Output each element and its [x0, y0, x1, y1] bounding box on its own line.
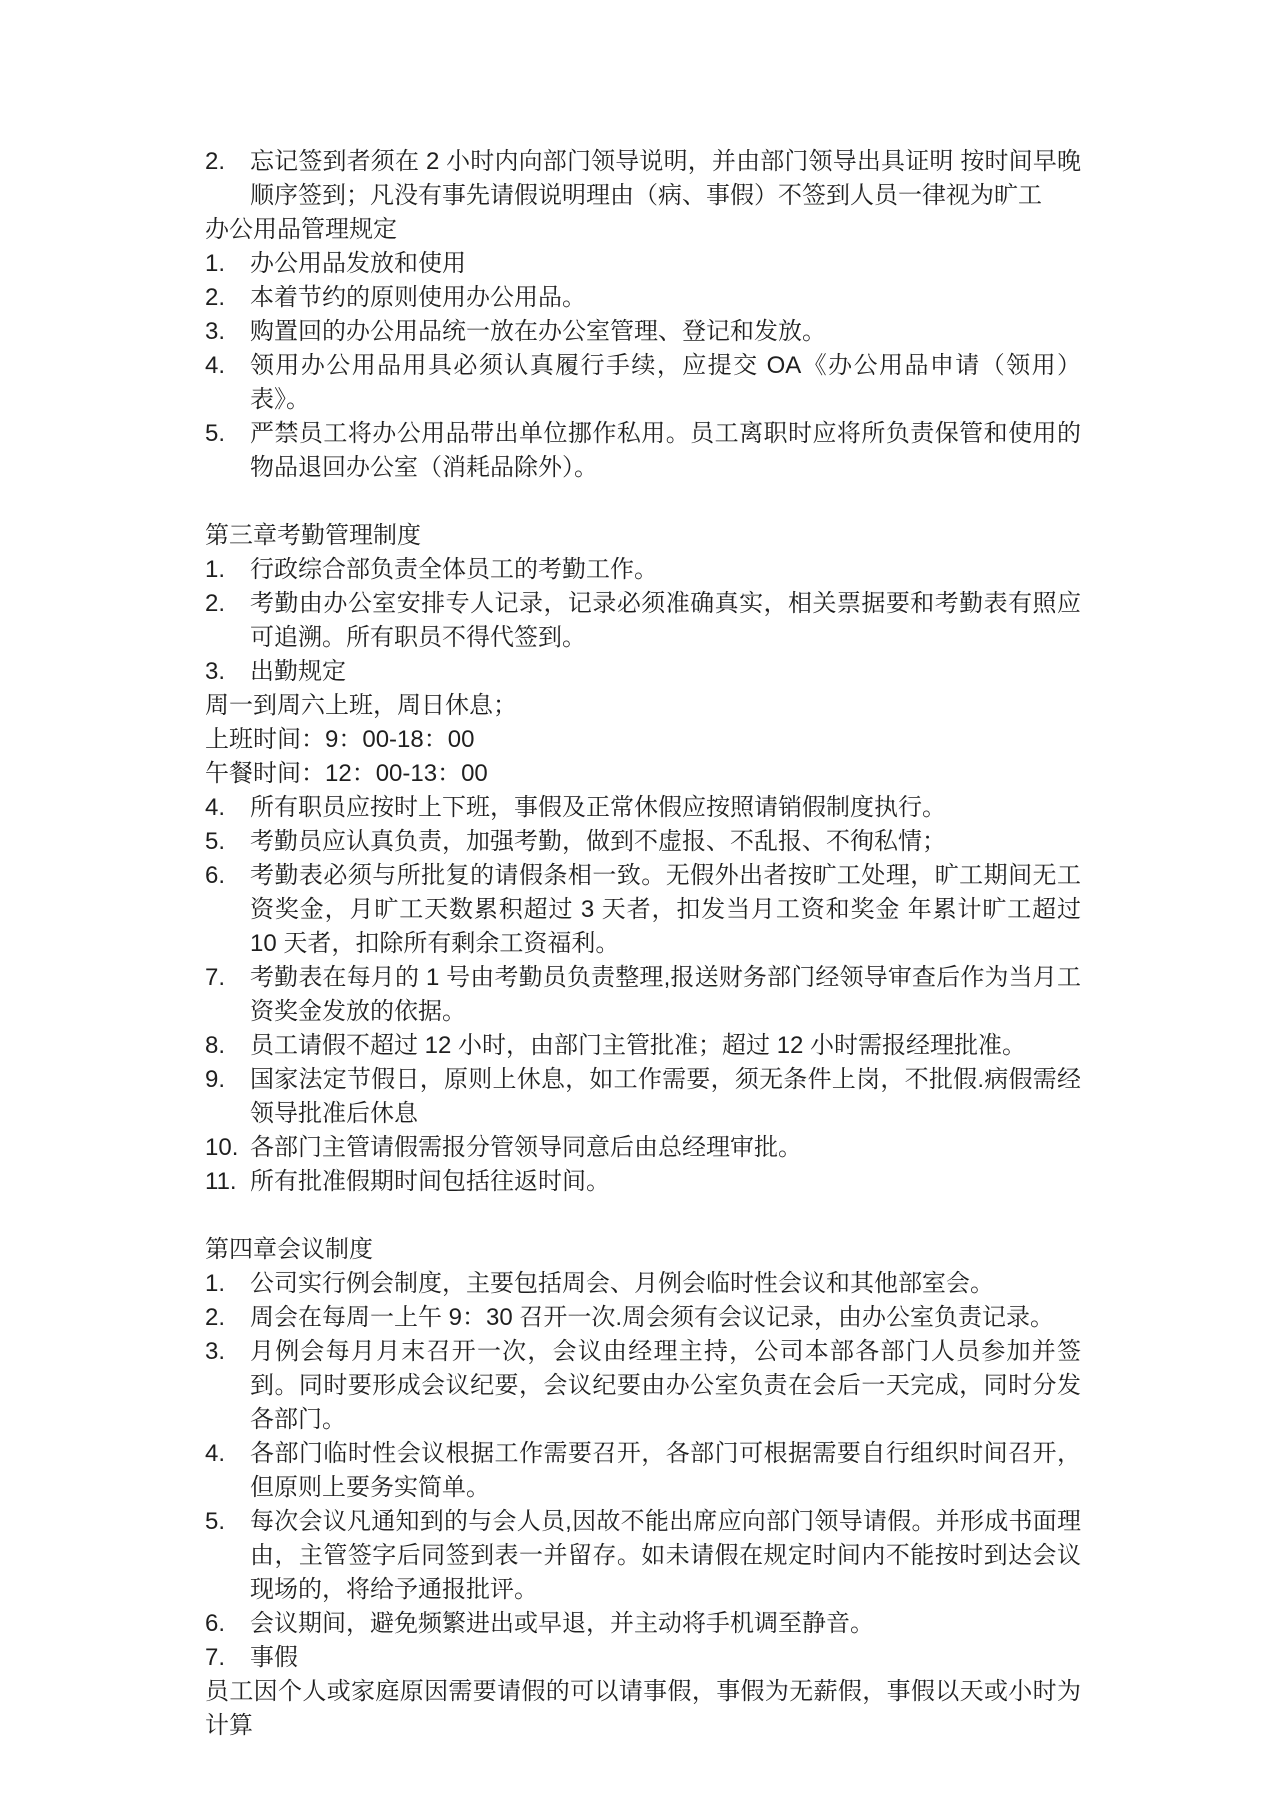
- list-item-text: 事假: [250, 1641, 1081, 1675]
- section-heading: 第四章会议制度: [205, 1233, 1081, 1267]
- list-item: 5.考勤员应认真负责，加强考勤，做到不虚报、不乱报、不徇私情；: [205, 825, 1081, 859]
- list-item: 4.各部门临时性会议根据工作需要召开，各部门可根据需要自行组织时间召开，但原则上…: [205, 1437, 1081, 1505]
- section-gap: [205, 485, 1081, 519]
- list-item: 9.国家法定节假日，原则上休息，如工作需要，须无条件上岗，不批假.病假需经领导批…: [205, 1063, 1081, 1131]
- list-item: 3.月例会每月月末召开一次，会议由经理主持，公司本部各部门人员参加并签到。同时要…: [205, 1335, 1081, 1437]
- list-item: 1.公司实行例会制度，主要包括周会、月例会临时性会议和其他部室会。: [205, 1267, 1081, 1301]
- section-heading: 第三章考勤管理制度: [205, 519, 1081, 553]
- list-item-text: 公司实行例会制度，主要包括周会、月例会临时性会议和其他部室会。: [250, 1267, 1081, 1301]
- list-item-number: 7.: [205, 1641, 250, 1675]
- list-item-number: 4.: [205, 791, 250, 825]
- list-item-number: 4.: [205, 1437, 250, 1471]
- list-item: 2.周会在每周一上午 9：30 召开一次.周会须有会议记录，由办公室负责记录。: [205, 1301, 1081, 1335]
- list-item: 2.考勤由办公室安排专人记录，记录必须准确真实，相关票据要和考勤表有照应可追溯。…: [205, 587, 1081, 655]
- list-item: 3.购置回的办公用品统一放在办公室管理、登记和发放。: [205, 315, 1081, 349]
- list-item-number: 5.: [205, 1505, 250, 1539]
- list-item-text: 购置回的办公用品统一放在办公室管理、登记和发放。: [250, 315, 1081, 349]
- list-item-number: 2.: [205, 281, 250, 315]
- list-item-text: 员工请假不超过 12 小时，由部门主管批准；超过 12 小时需报经理批准。: [250, 1029, 1081, 1063]
- list-item: 5.严禁员工将办公用品带出单位挪作私用。员工离职时应将所负责保管和使用的物品退回…: [205, 417, 1081, 485]
- paragraph: 员工因个人或家庭原因需要请假的可以请事假，事假为无薪假，事假以天或小时为计算: [205, 1675, 1081, 1743]
- list-item-text: 国家法定节假日，原则上休息，如工作需要，须无条件上岗，不批假.病假需经领导批准后…: [250, 1063, 1081, 1131]
- list-item-text: 办公用品发放和使用: [250, 247, 1081, 281]
- list-item: 3.出勤规定: [205, 655, 1081, 689]
- list-item-text: 忘记签到者须在 2 小时内向部门领导说明，并由部门领导出具证明 按时间早晚顺序签…: [250, 145, 1081, 213]
- list-item-number: 2.: [205, 587, 250, 621]
- list-item-text: 所有批准假期时间包括往返时间。: [250, 1165, 1081, 1199]
- list-item-number: 1.: [205, 1267, 250, 1301]
- list-item: 8.员工请假不超过 12 小时，由部门主管批准；超过 12 小时需报经理批准。: [205, 1029, 1081, 1063]
- list-item-number: 3.: [205, 315, 250, 349]
- list-item: 7.事假: [205, 1641, 1081, 1675]
- list-item: 1.行政综合部负责全体员工的考勤工作。: [205, 553, 1081, 587]
- list-item-text: 领用办公用品用具必须认真履行手续，应提交 OA《办公用品申请（领用）表》。: [250, 349, 1081, 417]
- list-item-number: 3.: [205, 1335, 250, 1369]
- list-item-text: 月例会每月月末召开一次，会议由经理主持，公司本部各部门人员参加并签到。同时要形成…: [250, 1335, 1081, 1437]
- list-item-number: 10.: [205, 1131, 250, 1165]
- list-item: 2.忘记签到者须在 2 小时内向部门领导说明，并由部门领导出具证明 按时间早晚顺…: [205, 145, 1081, 213]
- list-item-number: 1.: [205, 247, 250, 281]
- list-item-number: 3.: [205, 655, 250, 689]
- list-item: 11.所有批准假期时间包括往返时间。: [205, 1165, 1081, 1199]
- list-item-number: 6.: [205, 1607, 250, 1641]
- list-item-number: 5.: [205, 825, 250, 859]
- list-item-text: 每次会议凡通知到的与会人员,因故不能出席应向部门领导请假。并形成书面理由，主管签…: [250, 1505, 1081, 1607]
- list-item-text: 严禁员工将办公用品带出单位挪作私用。员工离职时应将所负责保管和使用的物品退回办公…: [250, 417, 1081, 485]
- paragraph: 午餐时间：12：00-13：00: [205, 757, 1081, 791]
- list-item: 2.本着节约的原则使用办公用品。: [205, 281, 1081, 315]
- paragraph: 上班时间：9：00-18：00: [205, 723, 1081, 757]
- list-item-number: 8.: [205, 1029, 250, 1063]
- list-item-number: 9.: [205, 1063, 250, 1097]
- list-item: 4.所有职员应按时上下班，事假及正常休假应按照请销假制度执行。: [205, 791, 1081, 825]
- list-item: 6.考勤表必须与所批复的请假条相一致。无假外出者按旷工处理，旷工期间无工资奖金，…: [205, 859, 1081, 961]
- list-item-number: 11.: [205, 1165, 250, 1199]
- list-item: 7.考勤表在每月的 1 号由考勤员负责整理,报送财务部门经领导审查后作为当月工资…: [205, 961, 1081, 1029]
- list-item-text: 考勤由办公室安排专人记录，记录必须准确真实，相关票据要和考勤表有照应可追溯。所有…: [250, 587, 1081, 655]
- list-item-text: 出勤规定: [250, 655, 1081, 689]
- list-item-number: 2.: [205, 145, 250, 179]
- list-item-text: 各部门主管请假需报分管领导同意后由总经理审批。: [250, 1131, 1081, 1165]
- section-heading: 办公用品管理规定: [205, 213, 1081, 247]
- list-item-text: 考勤员应认真负责，加强考勤，做到不虚报、不乱报、不徇私情；: [250, 825, 1081, 859]
- list-item-text: 各部门临时性会议根据工作需要召开，各部门可根据需要自行组织时间召开，但原则上要务…: [250, 1437, 1081, 1505]
- list-item-number: 2.: [205, 1301, 250, 1335]
- list-item-number: 6.: [205, 859, 250, 893]
- list-item-number: 5.: [205, 417, 250, 451]
- list-item: 4.领用办公用品用具必须认真履行手续，应提交 OA《办公用品申请（领用）表》。: [205, 349, 1081, 417]
- list-item-text: 会议期间，避免频繁进出或早退，并主动将手机调至静音。: [250, 1607, 1081, 1641]
- list-item-number: 7.: [205, 961, 250, 995]
- list-item-text: 本着节约的原则使用办公用品。: [250, 281, 1081, 315]
- document-content: 2.忘记签到者须在 2 小时内向部门领导说明，并由部门领导出具证明 按时间早晚顺…: [205, 145, 1081, 1743]
- list-item-number: 4.: [205, 349, 250, 383]
- list-item-text: 行政综合部负责全体员工的考勤工作。: [250, 553, 1081, 587]
- list-item: 1.办公用品发放和使用: [205, 247, 1081, 281]
- list-item-text: 考勤表必须与所批复的请假条相一致。无假外出者按旷工处理，旷工期间无工资奖金，月旷…: [250, 859, 1081, 961]
- list-item: 10.各部门主管请假需报分管领导同意后由总经理审批。: [205, 1131, 1081, 1165]
- document-page: 2.忘记签到者须在 2 小时内向部门领导说明，并由部门领导出具证明 按时间早晚顺…: [0, 0, 1280, 1810]
- paragraph: 周一到周六上班，周日休息；: [205, 689, 1081, 723]
- list-item-text: 所有职员应按时上下班，事假及正常休假应按照请销假制度执行。: [250, 791, 1081, 825]
- list-item-number: 1.: [205, 553, 250, 587]
- list-item: 6.会议期间，避免频繁进出或早退，并主动将手机调至静音。: [205, 1607, 1081, 1641]
- list-item: 5.每次会议凡通知到的与会人员,因故不能出席应向部门领导请假。并形成书面理由，主…: [205, 1505, 1081, 1607]
- list-item-text: 考勤表在每月的 1 号由考勤员负责整理,报送财务部门经领导审查后作为当月工资奖金…: [250, 961, 1081, 1029]
- section-gap: [205, 1199, 1081, 1233]
- list-item-text: 周会在每周一上午 9：30 召开一次.周会须有会议记录，由办公室负责记录。: [250, 1301, 1081, 1335]
